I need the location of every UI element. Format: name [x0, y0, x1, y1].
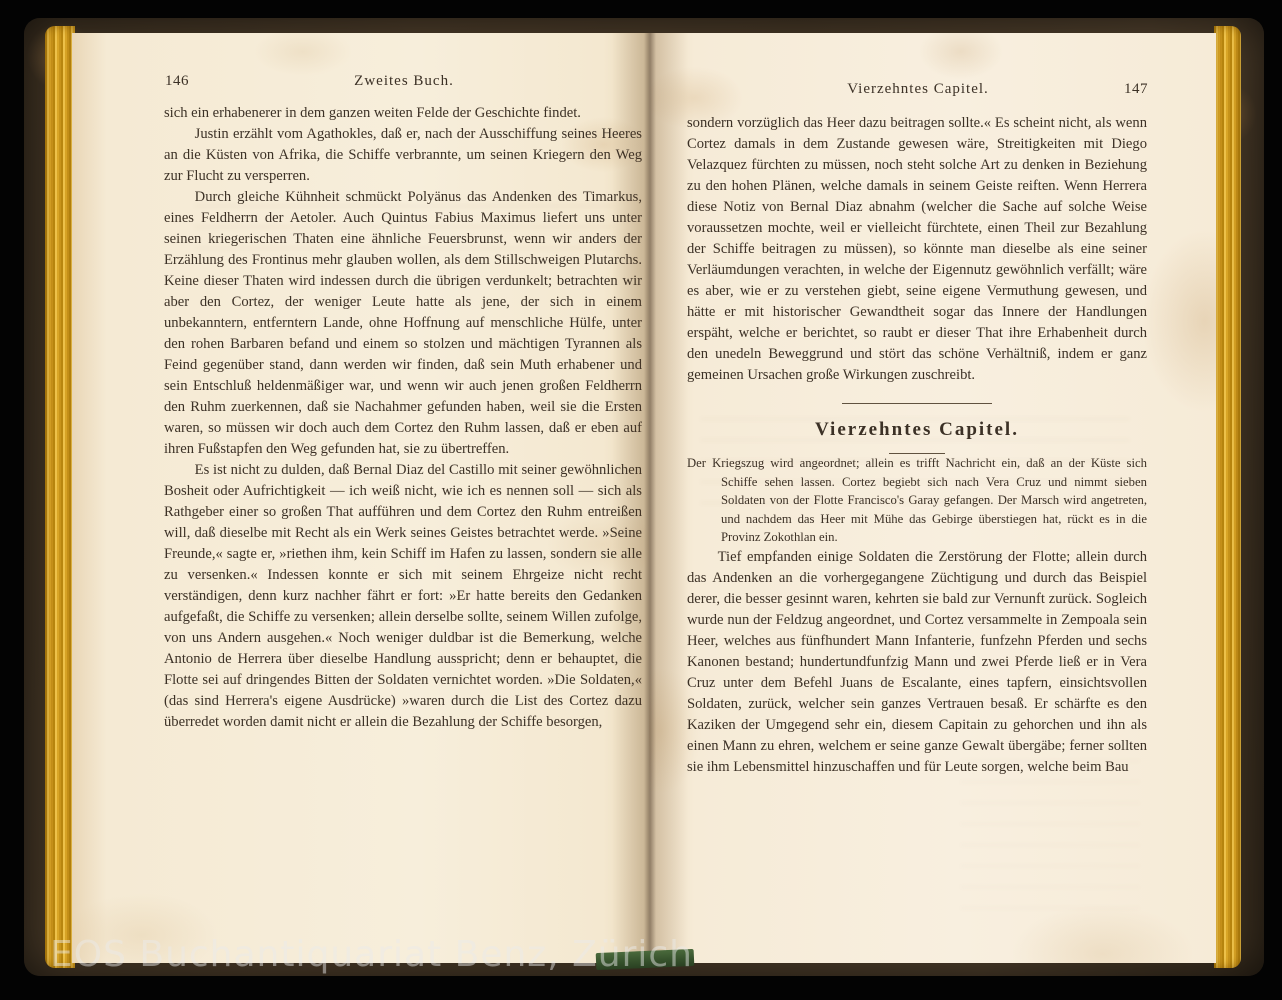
- body-paragraph: sondern vorzüglich das Heer dazu beitrag…: [687, 113, 1147, 386]
- body-paragraph: Justin erzählt vom Agathokles, daß er, n…: [164, 124, 642, 187]
- right-page-header: Vierzehntes Capitel. 147: [688, 81, 1148, 98]
- body-paragraph: sich ein erhabenerer in dem ganzen weite…: [164, 103, 642, 124]
- section-divider-rule: [842, 403, 992, 404]
- body-paragraph: Durch gleiche Kühnheit schmückt Polyänus…: [164, 187, 642, 460]
- chapter-heading: Vierzehntes Capitel.: [687, 419, 1147, 440]
- body-paragraph: Tief empfanden einige Soldaten die Zerst…: [687, 547, 1147, 778]
- chapter-summary: Der Kriegszug wird angeordnet; allein es…: [687, 454, 1147, 547]
- body-paragraph: Es ist nicht zu dulden, daß Bernal Diaz …: [164, 460, 642, 733]
- left-page-body: sich ein erhabenerer in dem ganzen weite…: [164, 103, 642, 903]
- right-page-body: sondern vorzüglich das Heer dazu beitrag…: [687, 113, 1147, 913]
- left-page: 146 Zweites Buch. sich ein erhabenerer i…: [72, 33, 649, 963]
- page-number-146: 146: [165, 73, 229, 90]
- photo-background: 146 Zweites Buch. sich ein erhabenerer i…: [0, 0, 1282, 1000]
- page-number-147: 147: [1084, 81, 1148, 98]
- right-page: Vierzehntes Capitel. 147 sondern vorzügl…: [649, 33, 1216, 963]
- gilt-page-edges-left: [45, 26, 75, 968]
- running-title-right: Vierzehntes Capitel.: [752, 81, 1084, 98]
- left-page-header: 146 Zweites Buch.: [165, 73, 643, 90]
- gilt-page-edges-right: [1214, 26, 1241, 968]
- running-title-left: Zweites Buch.: [229, 73, 579, 90]
